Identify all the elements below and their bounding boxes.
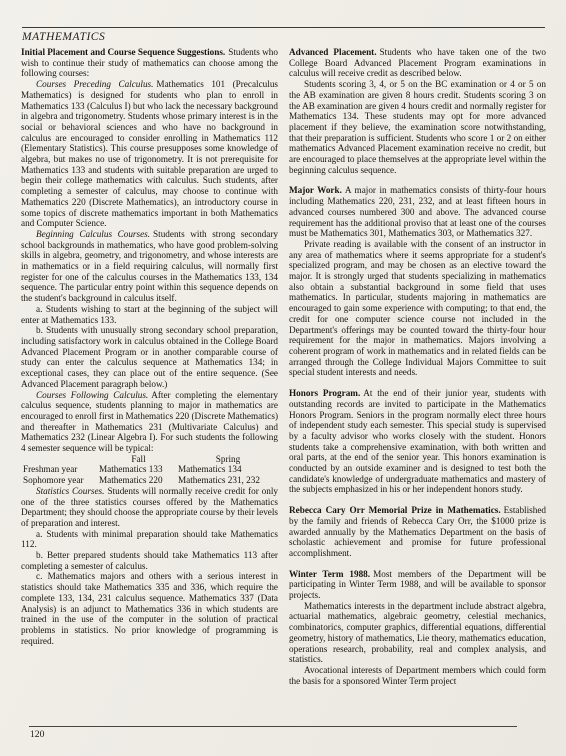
paragraph-text: a. Students wishing to start at the begi… bbox=[21, 304, 278, 325]
table-cell: Mathematics 134 bbox=[178, 464, 278, 475]
paragraph-item-a-statistics: a. Students with minimal preparation sho… bbox=[21, 529, 278, 550]
paragraph-ap-scoring: Students scoring 3, 4, or 5 on the BC ex… bbox=[289, 79, 546, 175]
text-columns: Initial Placement and Course Sequence Su… bbox=[21, 47, 546, 721]
paragraph-item-b-statistics: b. Better prepared students should take … bbox=[21, 550, 278, 571]
paragraph-major-work: Major Work.A major in mathematics consis… bbox=[289, 185, 546, 239]
table-row-label: Freshman year bbox=[23, 464, 99, 475]
paragraph-lead: Honors Program. bbox=[289, 388, 363, 398]
paragraph-courses-preceding-calculus: Courses Preceding Calculus.Mathematics 1… bbox=[21, 79, 278, 229]
paragraph-private-reading: Private reading is available with the co… bbox=[289, 239, 546, 378]
paragraph-lead: Winter Term 1988. bbox=[289, 569, 373, 579]
paragraph-beginning-calculus-courses: Beginning Calculus Courses.Students with… bbox=[21, 229, 278, 304]
paragraph-lead: Major Work. bbox=[289, 185, 345, 195]
paragraph-initial-placement: Initial Placement and Course Sequence Su… bbox=[21, 47, 278, 79]
table-row-label: Sophomore year bbox=[23, 475, 99, 486]
table-header-row: Fall Spring bbox=[23, 454, 278, 465]
paragraph-courses-following-calculus: Courses Following Calculus.After complet… bbox=[21, 390, 278, 454]
paragraph-text: Students with strong secondary school ba… bbox=[21, 229, 278, 303]
paragraph-mathematics-interests: Mathematics interests in the department … bbox=[289, 601, 546, 665]
paragraph-item-a-calculus: a. Students wishing to start at the begi… bbox=[21, 304, 278, 325]
paragraph-lead: Advanced Placement. bbox=[289, 47, 380, 57]
paragraph-lead: Rebecca Cary Orr Memorial Prize in Mathe… bbox=[289, 505, 504, 515]
paragraph-text: b. Students with unusually strong second… bbox=[21, 325, 278, 389]
table-row-freshman: Freshman year Mathematics 133 Mathematic… bbox=[23, 464, 278, 475]
paragraph-text: Mathematics interests in the department … bbox=[289, 601, 546, 665]
paragraph-honors-program: Honors Program.At the end of their junio… bbox=[289, 388, 546, 495]
paragraph-winter-term-1988: Winter Term 1988.Most members of the Dep… bbox=[289, 569, 546, 601]
footer-rule bbox=[29, 726, 517, 727]
left-column: Initial Placement and Course Sequence Su… bbox=[21, 47, 278, 721]
page-number: 120 bbox=[30, 729, 44, 740]
table-row-sophomore: Sophomore year Mathematics 220 Mathemati… bbox=[23, 475, 278, 486]
paragraph-text: Private reading is available with the co… bbox=[289, 239, 546, 377]
table-header-spring: Spring bbox=[178, 454, 278, 465]
table-corner-cell bbox=[23, 454, 99, 465]
table-cell: Mathematics 133 bbox=[99, 464, 178, 475]
paragraph-text: a. Students with minimal preparation sho… bbox=[21, 529, 278, 550]
paragraph-text: Mathematics 101 (Precalculus Mathematics… bbox=[21, 79, 278, 228]
header-rule bbox=[22, 27, 545, 28]
paragraph-avocational-interests: Avocational interests of Department memb… bbox=[289, 665, 546, 686]
paragraph-text: c. Mathematics majors and others with a … bbox=[21, 571, 278, 645]
page-header: MATHEMATICS bbox=[22, 31, 105, 43]
paragraph-lead: Courses Following Calculus. bbox=[36, 390, 151, 400]
paragraph-text: b. Better prepared students should take … bbox=[21, 550, 278, 571]
paragraph-lead: Beginning Calculus Courses. bbox=[36, 229, 153, 239]
table-cell: Mathematics 220 bbox=[99, 475, 178, 486]
paragraph-lead: Courses Preceding Calculus. bbox=[36, 79, 156, 89]
table-cell: Mathematics 231, 232 bbox=[178, 475, 278, 486]
paragraph-lead: Initial Placement and Course Sequence Su… bbox=[21, 47, 228, 57]
right-column: Advanced Placement.Students who have tak… bbox=[289, 47, 546, 721]
paragraph-item-c-statistics: c. Mathematics majors and others with a … bbox=[21, 571, 278, 646]
paragraph-item-b-calculus: b. Students with unusually strong second… bbox=[21, 325, 278, 389]
paragraph-statistics-courses: Statistics Courses.Students will normall… bbox=[21, 486, 278, 529]
paragraph-rebecca-cary-orr-prize: Rebecca Cary Orr Memorial Prize in Mathe… bbox=[289, 505, 546, 559]
table-header-fall: Fall bbox=[99, 454, 178, 465]
paragraph-text: Avocational interests of Department memb… bbox=[289, 665, 546, 686]
paragraph-text: Students scoring 3, 4, or 5 on the BC ex… bbox=[289, 79, 546, 175]
paragraph-text: At the end of their junior year, student… bbox=[289, 388, 546, 494]
paragraph-lead: Statistics Courses. bbox=[36, 486, 107, 496]
course-sequence-table: Fall Spring Freshman year Mathematics 13… bbox=[23, 454, 278, 486]
catalog-page: MATHEMATICS Initial Placement and Course… bbox=[0, 0, 566, 756]
paragraph-advanced-placement: Advanced Placement.Students who have tak… bbox=[289, 47, 546, 79]
